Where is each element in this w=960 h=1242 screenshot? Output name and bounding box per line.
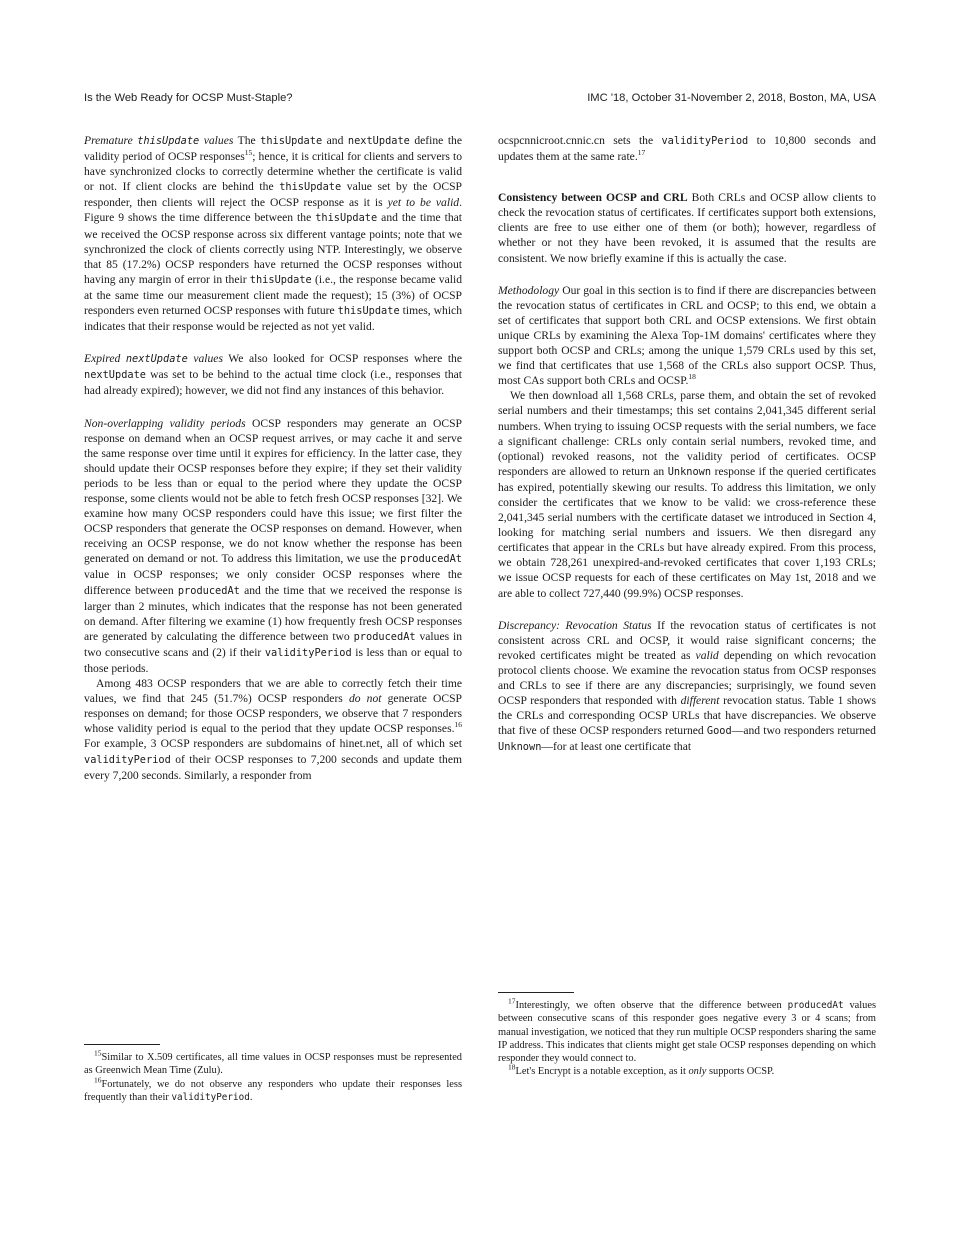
footnotes-right: 17Interestingly, we often observe that t… (498, 992, 876, 1079)
footnote-divider (84, 1044, 160, 1045)
footnote-divider (498, 992, 574, 993)
paragraph-non-overlapping: Non-overlapping validity periods OCSP re… (84, 416, 462, 677)
footnote-17: 17Interestingly, we often observe that t… (498, 999, 876, 1065)
footnote-ref[interactable]: 18 (688, 372, 696, 381)
paragraph-premature-thisupdate: Premature thisUpdate values The thisUpda… (84, 133, 462, 334)
paragraph-expired-nextupdate: Expired nextUpdate values We also looked… (84, 351, 462, 398)
section-heading: Consistency between OCSP and CRL (498, 191, 688, 204)
paragraph-heading: Expired nextUpdate values (84, 352, 223, 365)
paragraph-heading: Discrepancy: Revocation Status (498, 619, 652, 632)
left-column: Premature thisUpdate values The thisUpda… (84, 133, 462, 783)
paragraph-heading: Methodology (498, 284, 559, 297)
footnote-18: 18Let's Encrypt is a notable exception, … (498, 1065, 876, 1078)
footnote-ref[interactable]: 17 (638, 148, 646, 157)
conference-header: IMC '18, October 31-November 2, 2018, Bo… (587, 92, 876, 104)
footnotes-left: 15Similar to X.509 certificates, all tim… (84, 1044, 462, 1104)
paragraph-methodology: Methodology Our goal in this section is … (498, 283, 876, 389)
running-header: Is the Web Ready for OCSP Must-Staple? I… (84, 92, 876, 108)
paragraph-consistency: Consistency between OCSP and CRL Both CR… (498, 190, 876, 265)
paragraph-among-responders: Among 483 OCSP responders that we are ab… (84, 676, 462, 783)
right-column: ocspcnnicroot.cnnic.cn sets the validity… (498, 133, 876, 755)
footnote-ref[interactable]: 16 (455, 721, 463, 730)
paragraph-heading: Premature thisUpdate values (84, 134, 233, 147)
footnote-16: 16Fortunately, we do not observe any res… (84, 1078, 462, 1105)
paragraph-discrepancy: Discrepancy: Revocation Status If the re… (498, 618, 876, 756)
paper-title-header: Is the Web Ready for OCSP Must-Staple? (84, 92, 293, 104)
paragraph-download-crls: We then download all 1,568 CRLs, parse t… (498, 388, 876, 600)
footnote-15: 15Similar to X.509 certificates, all tim… (84, 1051, 462, 1078)
paragraph-heading: Non-overlapping validity periods (84, 417, 246, 430)
paragraph-continuation: ocspcnnicroot.cnnic.cn sets the validity… (498, 133, 876, 164)
